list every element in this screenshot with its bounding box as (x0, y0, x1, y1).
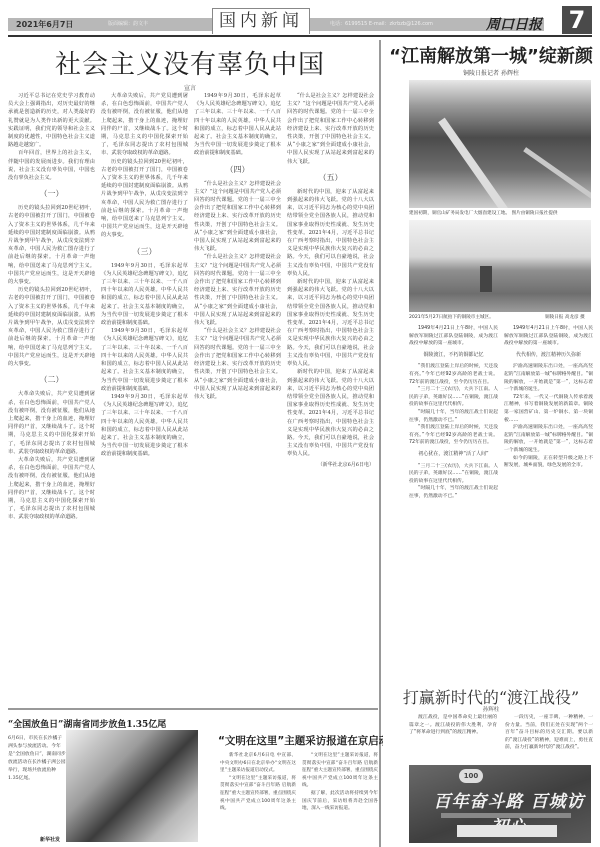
section-text: 大革命失败后，共产党员遭到屠杀，在白色恐怖面前，中国共产党人没有被吓倒，没有被征… (8, 390, 95, 456)
section-text: 新时代的中国，迎来了从富起来到强起来的伟大飞跃。党的十八大以来，以习近平同志为核… (287, 368, 374, 458)
right-article-column-2: 1949年4月21日上午8时，中国人民解放军铜陵过江部队登陆铜陵，成为渡江战役中… (504, 325, 593, 630)
paragraph: “我们渡江登陆上岸后的时候，天还没有亮。”今年已经92岁高龄的老战士说。72年前… (409, 424, 498, 447)
photo-detail (438, 118, 508, 208)
banner-subtitle-bar (441, 813, 571, 818)
intro-paragraph: 百年回首，世界上的社会主义，伴随中国的发展而进步。我们有理由说，社会主义没有辜负… (8, 149, 95, 182)
page-number: 7 (562, 6, 592, 34)
paragraph: “三月二十三(农历)，大兵下江南。人民的子弟，英雄好汉……”在铜陵，渡江战役的故… (409, 463, 498, 486)
right-article-body: 1949年4月21日上午8时，中国人民解放军铜陵过江部队登陆铜陵，成为渡江战役中… (409, 325, 593, 630)
fish-release-title: “全国放鱼日”湖南省同步放鱼1.35亿尾 (8, 717, 193, 730)
right-article-column-1: 1949年4月21日上午8时，中国人民解放军铜陵过江部队登陆铜陵，成为渡江战役中… (409, 325, 498, 630)
section-text: “什么是社会主义？怎样建设社会主义？”这个问题是中国共产党人必须回答的时代课题。… (194, 253, 281, 327)
photo-detail (480, 266, 492, 292)
section-text: “什么是社会主义？怎样建设社会主义？”这个问题是中国共产党人必须回答的时代课题。… (287, 92, 374, 166)
paragraph: 1949年4月21日上午8时，中国人民解放军铜陵过江部队登陆铜陵，成为渡江战役中… (409, 325, 498, 348)
section-text: 1949年9月30日，毛泽东起草《为人民英雄纪念碑题写碑文》，追忆了三年以来、三… (194, 92, 281, 158)
second-article-body: 渡江战役，是中国革命史上最壮丽的篇章之一。渡江战役的伟大胜利，孕育了“将革命进行… (409, 714, 593, 758)
civilization-report-column-1: 新华社北京6月6日电 中宣部、中央文明办6日在北京举办“文明在这里”主题采访报道… (220, 752, 296, 844)
construction-photo (409, 80, 591, 208)
main-article-column-2: 大革命失败后，共产党员遭到屠杀，在白色恐怖面前，中国共产党人没有被吓倒，没有被征… (101, 92, 188, 704)
campaign-banner: 100 百年奋斗路 百城访初心 (409, 765, 591, 843)
section-text: “什么是社会主义？怎样建设社会主义？”这个问题是中国共产党人必须回答的时代课题。… (194, 327, 281, 401)
paragraph: “时隔几十年，当年的渡江战士们说起往事，仍然激动不已。” (409, 485, 498, 500)
section-marker: （五） (287, 172, 374, 183)
contact-info: 电话：6199515 E-mail：zkrbzb@126.com (330, 20, 433, 27)
section-title: 国内新闻 (212, 8, 310, 34)
intro-paragraph: 习近平总书记在党史学习教育动员大会上强调指出，对历史最好的继承就是创造新的历史，… (8, 92, 95, 149)
section-text: 大革命失败后，共产党员遭到屠杀，在白色恐怖面前，中国共产党人没有被吓倒，没有被征… (8, 456, 95, 522)
section-text: 1949年9月30日，毛泽东起草《为人民英雄纪念碑题写碑文》，追忆了三年以来、三… (101, 262, 188, 328)
paragraph: 沪渝高速铜陵东出口处，一座高高竖起的“江南解放第一城”标牌格外醒目。“铜陵的解放… (504, 363, 593, 393)
paragraph: “我们渡江登陆上岸后的时候，天还没有亮。”今年已经92岁高龄的老战士说。72年前… (409, 363, 498, 386)
fish-release-text: 6月6日，市民在长沙橘子洲头参与放流活动。今年是“全国放鱼日”，湖南同步放流活动… (8, 735, 66, 835)
main-article-column-1: 习近平总书记在党史学习教育动员大会上强调指出，对历史最好的继承就是创造新的历史，… (8, 92, 95, 704)
section-text: 历史的镜头拉回到20世纪初叶，古老的中国被打开了国门，中国被卷入了资本主义的世界… (101, 158, 188, 240)
article-signature: （新华社北京6月6日电） (287, 461, 374, 469)
civilization-report-column-2: “文明在这里”主题采访报道，将贯彻落实中宣部“奋斗百年路 启航新征程”重大主题宣… (302, 752, 378, 844)
section-marker: （二） (8, 374, 95, 385)
subheading: 铜陵渡江，不朽的铜都记忆 (409, 352, 498, 360)
section-text: 1949年9月30日，毛泽东起草《为人民英雄纪念碑题写碑文》，追忆了三年以来、三… (101, 393, 188, 459)
page-header: 2021年6月7日 版面编辑：韵文丰 国内新闻 电话：6199515 E-mai… (0, 0, 600, 40)
section-text: 1949年9月30日，毛泽东起草《为人民英雄纪念碑题写碑文》，追忆了三年以来、三… (101, 327, 188, 393)
photo-detail (523, 147, 591, 203)
civilization-report-title: “文明在这里”主题采访报道在京启动 (218, 733, 383, 748)
newspaper-logo: 周口日报 (486, 14, 542, 34)
paragraph: 据了解，此次活动将持续到今年国庆节前后，采访组将奔赴全国各地，深入一线采访报道。 (302, 790, 378, 813)
second-article-byline: 孙辉柱 (385, 705, 597, 713)
section-text: 历史的镜头拉回到20世纪初叶，古老的中国被打开了国门，中国被卷入了资本主义的世界… (8, 286, 95, 368)
paragraph: 一段历史，一座丰碑，一种精神，一份力量。当前，我们正处在实现“两个一百年”奋斗目… (505, 714, 593, 752)
main-article-body: 习近平总书记在党史学习教育动员大会上强调指出，对历史最好的继承就是创造新的历史，… (8, 92, 374, 704)
main-article-column-4: “什么是社会主义？怎样建设社会主义？”这个问题是中国共产党人必须回答的时代课题。… (287, 92, 374, 704)
photo-caption: 2021年5月27日航拍下的铜陵市主城区。 (409, 314, 519, 320)
column-divider (379, 40, 381, 847)
subheading: 代代相传，渡江精神历久弥新 (504, 352, 593, 360)
paragraph: “文明在这里”主题采访报道，将贯彻落实中宣部“奋斗百年路 启航新征程”重大主题宣… (220, 775, 296, 813)
section-marker: （一） (8, 188, 95, 199)
issue-date: 2021年6月7日 (16, 19, 73, 30)
header-divider (8, 35, 592, 37)
photo-credit: 铜陵日报 高龙彦 摄 (545, 314, 585, 320)
right-article-title: “江南解放第一城”绽新颜 (385, 42, 597, 68)
paragraph: 新华社北京6月6日电 中宣部、中央文明办6日在北京举办“文明在这里”主题采访报道… (220, 752, 296, 775)
section-marker: （四） (194, 164, 281, 175)
paragraph: “三月二十三(农历)，大兵下江南。人民的子弟，英雄好汉……”在铜陵，渡江战役的故… (409, 386, 498, 409)
page-editor: 版面编辑：韵文丰 (108, 20, 148, 27)
section-text: 大革命失败后，共产党员遭到屠杀，在白色恐怖面前，中国共产党人没有被吓倒，没有被征… (101, 92, 188, 158)
second-article-column-2: 一段历史，一座丰碑，一种精神，一份力量。当前，我们正处在实现“两个一百年”奋斗目… (505, 714, 593, 758)
subheading: 初心犹在，渡江精神“活了人间” (409, 451, 498, 459)
main-article-column-3: 1949年9月30日，毛泽东起草《为人民英雄纪念碑题写碑文》，追忆了三年以来、三… (194, 92, 281, 704)
section-text: “什么是社会主义？怎样建设社会主义？”这个问题是中国共产党人必须回答的时代课题。… (194, 180, 281, 254)
section-divider (8, 708, 378, 710)
fish-release-photo (66, 730, 198, 842)
section-text: 历史的镜头拉回到20世纪初叶，古老的中国被打开了国门，中国被卷入了资本主义的世界… (8, 204, 95, 286)
main-article-title: 社会主义没有辜负中国 (0, 44, 380, 81)
main-article-author: 宣言 (0, 83, 380, 92)
paragraph: 1949年4月21日上午8时，中国人民解放军铜陵过江部队登陆铜陵，成为渡江战役中… (504, 325, 593, 348)
paragraph: 如今的铜陵，正在转型升级之路上不断发展，城乡面貌，绿色发展的全市。 (504, 455, 593, 470)
paragraph: “时隔几十年，当年的渡江战士们说起往事，仍然激动不已。” (409, 409, 498, 424)
civilization-report-body: 新华社北京6月6日电 中宣部、中央文明办6日在北京举办“文明在这里”主题采访报道… (220, 752, 378, 844)
photo-credit: 新华社发 (40, 836, 60, 843)
right-article-byline: 铜陵日报记者 孙辉柱 (385, 68, 597, 77)
photo-caption: 建国初期，铜官山矿务局发电厂大烟囱建设工地。 图片由铜陵日报社提供 (409, 210, 599, 216)
banner-info-box (457, 825, 557, 837)
paragraph: 沪渝高速铜陵东出口处，一座高高竖起的“江南解放第一城”标牌格外醒目。“铜陵的解放… (504, 424, 593, 454)
section-marker: （三） (101, 246, 188, 257)
city-aerial-photo (409, 220, 591, 312)
centenary-logo: 100 (459, 769, 483, 783)
paragraph: “文明在这里”主题采访报道，将贯彻落实中宣部“奋斗百年路 启航新征程”重大主题宣… (302, 752, 378, 790)
section-text: 新时代的中国，迎来了从富起来到强起来的伟大飞跃。党的十八大以来，以习近平同志为核… (287, 278, 374, 368)
paragraph: 渡江战役，是中国革命史上最壮丽的篇章之一。渡江战役的伟大胜利，孕育了“将革命进行… (409, 714, 497, 737)
second-article-column-1: 渡江战役，是中国革命史上最壮丽的篇章之一。渡江战役的伟大胜利，孕育了“将革命进行… (409, 714, 497, 758)
paragraph: 72年来，一代又一代铜陵人传承着渡江精神，书写着铜陵发展的新篇章。铜陵第一家国营… (504, 394, 593, 424)
section-text: 新时代的中国，迎来了从富起来到强起来的伟大飞跃。党的十八大以来，以习近平同志为核… (287, 188, 374, 278)
